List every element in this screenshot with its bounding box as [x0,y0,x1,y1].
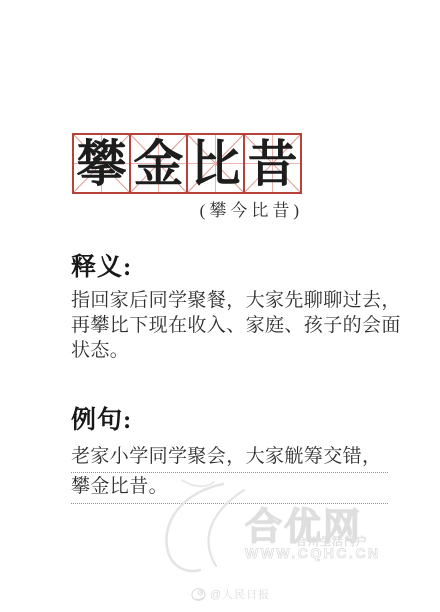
meme-card: 攀 金 比 [0,0,440,612]
example-line: 老家小学同学聚会，大家觥筹交错， [71,443,388,473]
title-character: 比 [191,139,241,189]
definition-text: 指回家后同学聚餐，大家先聊聊过去， 再攀比下现在收入、家庭、孩子的会面 状态。 [71,288,401,363]
title-character: 金 [134,139,184,189]
title-char-box: 昔 [243,133,302,194]
site-watermark-url: WWW.CQHC.CN [245,545,381,561]
definition-line: 指回家后同学聚餐，大家先聊聊过去， [71,288,401,313]
title-char-box: 比 [186,133,245,194]
example-heading: 例句: [71,400,132,436]
definition-line: 再攀比下现在收入、家庭、孩子的会面 [71,313,401,338]
title-character: 攀 [77,139,127,189]
weibo-eye-icon [191,587,206,602]
title-character-grid: 攀 金 比 [72,133,302,194]
definition-line: 状态。 [71,338,401,363]
title-character: 昔 [248,139,298,189]
title-char-box: 金 [129,133,188,194]
title-char-box: 攀 [72,133,131,194]
credit-watermark: @人民日报 [191,586,270,602]
credit-text: @人民日报 [210,586,270,602]
definition-heading: 释义: [71,247,132,283]
original-phrase: (攀今比昔) [72,196,303,221]
